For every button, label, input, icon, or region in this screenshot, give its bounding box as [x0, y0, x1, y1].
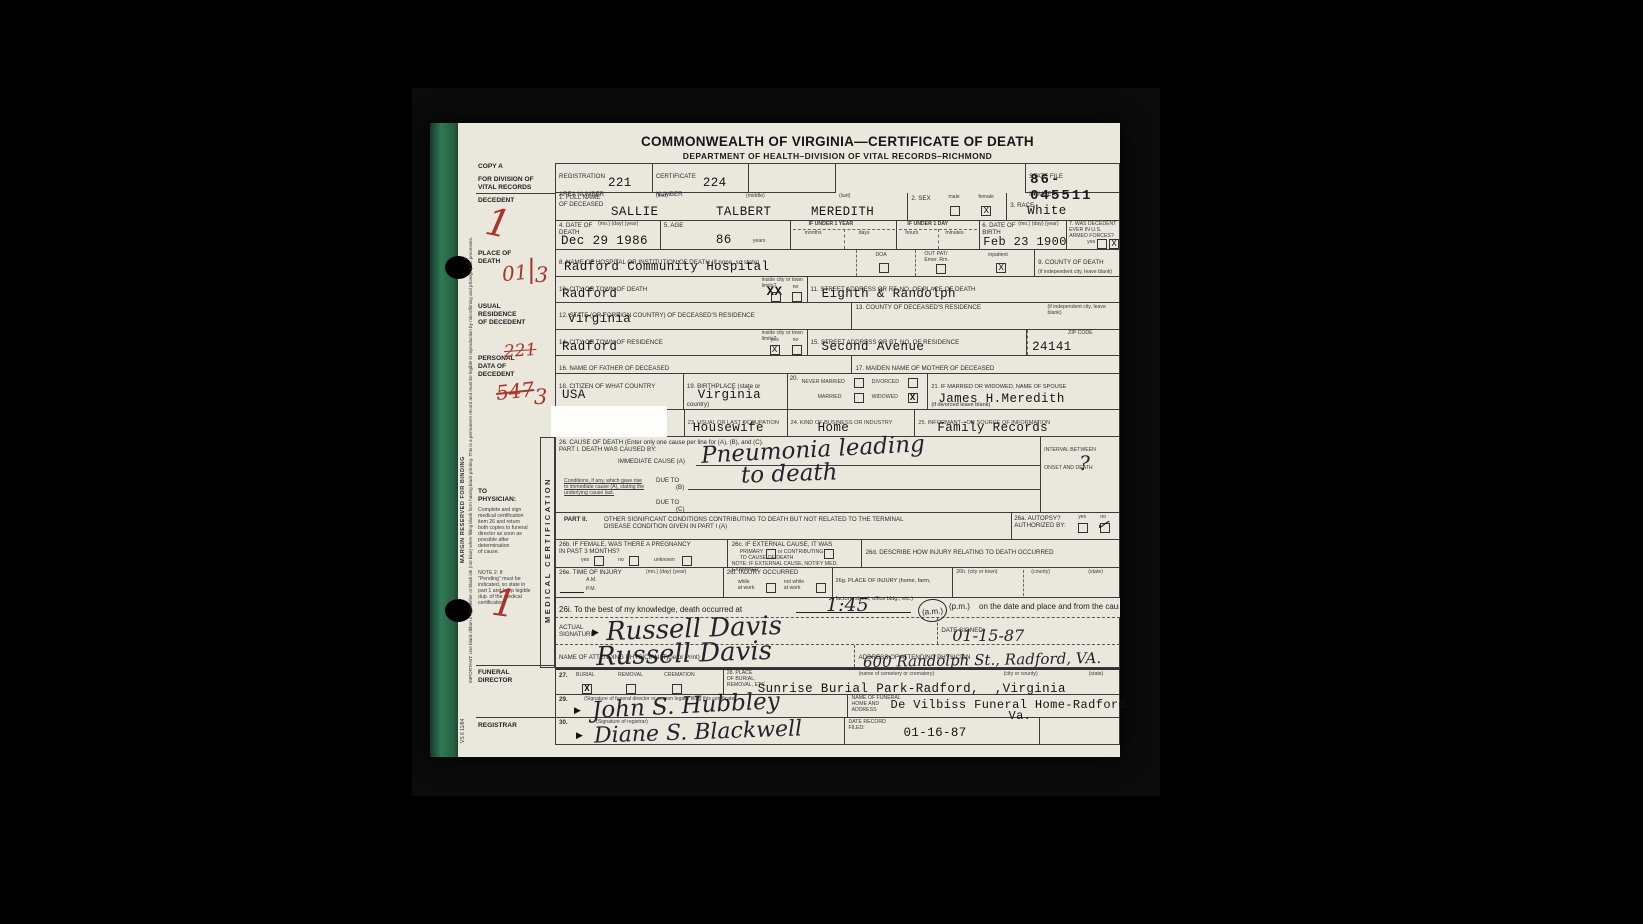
physician-name-handwriting: Russell Davis [596, 636, 773, 672]
county-residence-note: (if independent city, leave blank) [1047, 305, 1119, 317]
form-number: VS 6 11/84 [460, 683, 466, 743]
burial-checkbox: X [582, 684, 592, 694]
armed-forces-cell: 7. WAS DECEDENT EVER IN U.S. ARMED FORCE… [1067, 221, 1120, 249]
while-at-work-checkbox [766, 583, 776, 593]
divider [1023, 570, 1024, 596]
outpatient-label: OUT PAT/ Emer. Rm. [924, 252, 949, 264]
red-annotation-1b: 1 [489, 580, 519, 627]
actual-signature-label: ACTUAL SIGNATURE [559, 624, 595, 639]
pregnancy-yes-sublabel: yes [581, 558, 589, 564]
city-residence-value: Radford [562, 340, 617, 354]
age-value: 86 [716, 233, 732, 247]
binding-strip [430, 123, 458, 757]
zip-value: 24141 [1032, 340, 1072, 354]
mother-name-label: 17. MAIDEN NAME OF MOTHER OF DECEASED [855, 365, 994, 372]
date-filed-value: 01-16-87 [903, 726, 966, 740]
funeral-arrow-icon: ▶ [574, 705, 581, 716]
am-label: A.M. [586, 578, 597, 584]
birthplace-cell: 19. BIRTHPLACE (state or country) Virgin… [684, 374, 788, 409]
divider [793, 229, 895, 230]
cause-b-handwriting: to death [741, 459, 838, 488]
physician-note-1: Complete and sign medical certification … [478, 508, 548, 556]
injury-occurred-cell: 26f. INJURY OCCURRED while at work not w… [724, 568, 833, 597]
doa-checkbox [879, 263, 889, 273]
pregnancy-unknown-checkbox [682, 556, 692, 566]
sex-cell: 2. SEX male female X [908, 193, 1007, 220]
divider [844, 229, 845, 249]
date-signed-cell: DATE SIGNED: 01-15-87 [938, 618, 1120, 644]
injury-occurred-label: 26f. INJURY OCCURRED [727, 569, 799, 576]
outpatient-cell: OUT PAT/ Emer. Rm. [916, 250, 976, 276]
parents-row: 16. NAME OF FATHER OF DECEASED 17. MAIDE… [555, 356, 1120, 374]
cause-line-b [688, 489, 1041, 490]
doa-cell: DOA [857, 250, 916, 276]
physician-row: NAME OF ATTENDING PHYSICIAN (Type or Pri… [555, 645, 1120, 668]
physician-address-cell: ADDRESS OF ATTENDING PHYSICIAN 600 Rando… [855, 645, 1120, 667]
state-residence-value: Virginia [568, 312, 631, 326]
minutes-sublabel: minutes [945, 231, 963, 237]
burial-sublabel: BURIAL [576, 673, 595, 679]
describe-injury-cell: 26d. DESCRIBE HOW INJURY RELATING TO DEA… [862, 540, 1120, 567]
date-of-death-value: Dec 29 1986 [561, 234, 648, 248]
personal-data-row: 18. CITIZEN OF WHAT COUNTRY USA 19. BIRT… [555, 374, 1120, 410]
residence-address-row: 14. CITY OR TOWN OF RESIDENCE Radford in… [555, 330, 1120, 356]
date-of-birth-value: Feb 23 1900 [983, 235, 1067, 249]
full-name-label: 1. FULL NAME OF DECEASED [559, 194, 603, 209]
limits-yes-checkbox [771, 292, 781, 302]
death-time-handwriting: 1:45 [826, 594, 869, 616]
days-sublabel: days [859, 231, 870, 237]
county-residence-label: 13. COUNTY OF DECEASED'S RESIDENCE [855, 304, 981, 311]
divider [938, 229, 939, 249]
death-limits-cell: inside city or town limits? XX no [761, 277, 808, 302]
blank-cell [749, 164, 836, 192]
hospital-row: 8. NAME OF HOSPITAL OR INSTITUTION OF DE… [555, 250, 1120, 277]
county-of-death-label: 9. COUNTY OF DEATH [1038, 259, 1103, 266]
blank-end-cell [1040, 718, 1120, 744]
statement-post-text: on the date and place and from the cause… [979, 602, 1119, 611]
widowed-checkbox: X [908, 393, 918, 403]
cremation-sublabel: CREMATION [664, 673, 695, 679]
date-of-birth-cell: 6. DATE OF BIRTH (mo.) (day) (year) Feb … [980, 221, 1067, 249]
line-b-label: (B) [676, 484, 684, 491]
date-of-birth-sublabel: (mo.) (day) (year) [1018, 222, 1058, 228]
informant-cell: 25. INFORMANT—OR SOURCE OF INFORMATION F… [915, 410, 1120, 436]
informant-value: Family Records [937, 421, 1048, 435]
am-option: (a.m.) [922, 606, 943, 616]
never-married-checkbox [854, 378, 864, 388]
certificate-subtitle: DEPARTMENT OF HEALTH–DIVISION OF VITAL R… [555, 151, 1120, 161]
race-cell: 3. RACE White [1007, 193, 1120, 220]
married-label: MARRIED [818, 395, 842, 401]
spouse-value: James H.Meredith [938, 392, 1064, 406]
pregnancy-unknown-sublabel: unknown [654, 558, 675, 564]
armed-forces-label: 7. WAS DECEDENT EVER IN U.S. ARMED FORCE… [1069, 222, 1116, 240]
age-unit-label: years [753, 239, 766, 245]
date-signed-value: 01-15-87 [952, 626, 1024, 645]
disposition-number-label: 27. [559, 672, 568, 679]
inpatient-cell: inpatient X [976, 250, 1035, 276]
last-name-value: MEREDITH [811, 205, 874, 219]
time-line [560, 592, 584, 593]
residence-limits-cell: inside city or town limits? yes X no [761, 330, 808, 355]
first-name-value: SALLIE [611, 205, 658, 219]
business-value: Home [818, 421, 850, 435]
side-label-funeral-director: FUNERAL DIRECTOR [478, 669, 512, 685]
zip-label: ZIP CODE [1068, 331, 1092, 337]
middle-sublabel: (middle) [746, 194, 765, 200]
birthplace-value: Virginia [698, 388, 761, 402]
death-certificate-document: MARGIN RESERVED FOR BINDING IMPORTANT: U… [430, 123, 1120, 757]
hospital-cell: 8. NAME OF HOSPITAL OR INSTITUTION OF DE… [556, 250, 857, 276]
full-name-cell: 1. FULL NAME OF DECEASED (first) (middle… [556, 193, 908, 220]
under-one-day-cell: IF UNDER 1 DAY hours minutes [897, 221, 980, 249]
division-label: FOR DIVISION OF VITAL RECORDS [478, 176, 534, 192]
side-label-registrar: REGISTRAR [478, 722, 517, 730]
place-of-burial-cell: 28. PLACE OF BURIAL, REMOVAL, ETC. (name… [724, 670, 1120, 694]
street-of-death-cell: 11. STREET ADDRESS OR RT. NO. OF PLACE O… [808, 277, 1120, 302]
pregnancy-external-row: 26b. IF FEMALE, WAS THERE A PREGNANCY IN… [555, 540, 1120, 568]
marital-number-label: 20. [790, 375, 799, 382]
registration-row: REGISTRATION AREA NUMBER 221 CERTIFICATE… [555, 163, 1120, 193]
external-cause-cell: 26c. IF EXTERNAL CAUSE, IT WAS PRIMARY o… [728, 540, 863, 567]
limits-question-label: inside city or town limits? [762, 331, 807, 343]
armed-forces-yes-checkbox [1097, 239, 1107, 249]
street-residence-cell: 15. STREET ADDRESS OR RT. NO. OF RESIDEN… [808, 330, 1028, 355]
registrar-row: 30. (Signature of registrar) ▶ Diane S. … [555, 718, 1120, 745]
not-while-at-work-sublabel: not while at work [784, 580, 804, 592]
age-cell: 5. AGE 86 years [661, 221, 791, 249]
redaction-patch [551, 406, 667, 437]
marital-status-cell: 20. NEVER MARRIED DIVORCED MARRIED WIDOW… [788, 374, 929, 409]
state-residence-cell: 12. STATE (OR FOREIGN COUNTRY) OF DECEAS… [556, 303, 852, 329]
time-of-injury-cell: 26e. TIME OF INJURY (mo.) (day) (year) A… [556, 568, 724, 597]
middle-name-value: TALBERT [716, 205, 771, 219]
mother-name-cell: 17. MAIDEN NAME OF MOTHER OF DECEASED [852, 356, 1120, 373]
county-of-death-note: (if independent city, leave blank) [1038, 270, 1116, 276]
medical-certification-label: MEDICAL CERTIFICATION [543, 438, 552, 663]
citizen-value: USA [562, 388, 586, 402]
limits-yes-checkbox: X [770, 345, 780, 355]
burial-row: 27. BURIAL REMOVAL CREMATION X 28. PLACE… [555, 668, 1120, 695]
inpatient-label: inpatient [988, 253, 1008, 259]
copy-label: COPY A [478, 163, 503, 171]
limits-no-checkbox [792, 292, 802, 302]
under-one-year-cell: IF UNDER 1 YEAR months days [791, 221, 898, 249]
certificate-number-value: 224 [703, 176, 727, 190]
divider [899, 229, 977, 230]
sex-label: 2. SEX [911, 195, 930, 202]
part-two-row: PART II. OTHER SIGNIFICANT CONDITIONS CO… [555, 513, 1120, 540]
red-annotation-221: 221 [503, 340, 537, 362]
gap-cell [836, 164, 1026, 193]
married-checkbox [854, 393, 864, 403]
margin-important-text: IMPORTANT: Use black ribbon in typewrite… [468, 183, 473, 683]
pm-label: P.M. [586, 587, 596, 593]
burial-state-sublabel: (state) [1089, 672, 1104, 678]
contributing-checkbox [824, 549, 834, 559]
sex-male-sublabel: male [948, 195, 959, 201]
race-value: White [1027, 204, 1067, 218]
medical-certification-strip: MEDICAL CERTIFICATION [540, 437, 555, 668]
certificate-form: REGISTRATION AREA NUMBER 221 CERTIFICATE… [555, 163, 1120, 745]
red-annotation-3b: 3 [534, 385, 547, 409]
certificate-title: COMMONWEALTH OF VIRGINIA—CERTIFICATE OF … [555, 134, 1120, 149]
dates-row: 4. DATE OF DEATH (mo.) (day) (year) Dec … [555, 221, 1120, 250]
street-residence-value: Second Avenue [822, 340, 925, 354]
divorced-label: DIVORCED [872, 380, 899, 386]
interval-cell: INTERVAL BETWEEN ONSET AND DEATH ? [1040, 437, 1120, 512]
removal-checkbox [626, 684, 636, 694]
part-one-label: PART I. DEATH WAS CAUSED BY: [559, 446, 657, 453]
doa-label: DOA [875, 253, 886, 259]
date-of-death-sublabel: (mo.) (day) (year) [598, 222, 638, 228]
part-two-text: OTHER SIGNIFICANT CONDITIONS CONTRIBUTIN… [604, 516, 904, 531]
injury-county-sublabel: (county) [1031, 570, 1050, 576]
side-label-to-physician: TO PHYSICIAN: [478, 488, 516, 504]
limits-yes-sublabel: yes [771, 338, 779, 344]
physician-name-cell: NAME OF ATTENDING PHYSICIAN (Type or Pri… [556, 645, 855, 667]
injury-city-sublabel: 26h. (city or town) [956, 570, 997, 576]
screenshot-root: { "header":{ "copy":"COPY A", "division"… [0, 0, 1643, 924]
death-time-statement-cell: 26i. To the best of my knowledge, death … [556, 598, 1120, 617]
registration-area-value: 221 [608, 176, 632, 190]
sex-female-checkbox: X [981, 206, 991, 216]
red-annotation-3a: 3 [535, 263, 548, 287]
signature-arrow-icon: ▶ [592, 627, 599, 638]
burial-city-sublabel: (city or county) [1004, 672, 1038, 678]
occupation-cell: 23. USUAL OR LAST OCCUPATION Housewife [684, 410, 788, 436]
red-annotation-01: 01 [501, 260, 529, 287]
armed-forces-no-checkbox: X [1109, 239, 1119, 249]
age-label: 5. AGE [664, 222, 684, 229]
limits-no-sublabel: no [793, 285, 799, 291]
date-of-death-cell: 4. DATE OF DEATH (mo.) (day) (year) Dec … [556, 221, 661, 249]
father-name-cell: 16. NAME OF FATHER OF DECEASED [556, 356, 852, 373]
armed-forces-yes-sublabel: yes [1087, 240, 1095, 246]
date-filed-cell: DATE RECORD FILED: 01-16-87 [845, 718, 1040, 744]
state-residence-row: 12. STATE (OR FOREIGN COUNTRY) OF DECEAS… [555, 303, 1120, 330]
time-of-injury-sublabel: (mo.) (day) (year) [646, 570, 686, 576]
county-of-death-cell: 9. COUNTY OF DEATH (if independent city,… [1035, 250, 1120, 276]
registration-area-cell: REGISTRATION AREA NUMBER 221 [556, 164, 653, 192]
immediate-cause-label: IMMEDIATE CAUSE (A) [618, 458, 685, 465]
sex-female-sublabel: female [978, 195, 994, 201]
state-file-cell: STATE FILE NUMBER 86-045511 [1025, 164, 1120, 192]
date-filed-label: DATE RECORD FILED: [848, 720, 885, 732]
funeral-home-cell: NAME OF FUNERAL HOME AND ADDRESS De Vilb… [848, 695, 1120, 717]
conditions-note: Conditions, if any, which gave rise to i… [564, 479, 644, 497]
describe-injury-label: 26d. DESCRIBE HOW INJURY RELATING TO DEA… [865, 549, 1053, 556]
removal-sublabel: REMOVAL [618, 673, 643, 679]
registrar-number-label: 30. [559, 719, 568, 726]
time-of-injury-label: 26e. TIME OF INJURY [559, 569, 622, 576]
funeral-signature-cell: 29. (Signature of funeral director or pe… [556, 695, 848, 717]
hospital-value: Radford Community Hospital [564, 260, 769, 274]
cause-of-death-cell: 26. CAUSE OF DEATH (Enter only one cause… [556, 437, 1040, 512]
injury-state-sublabel: (state) [1088, 570, 1103, 576]
divider [476, 193, 555, 194]
disposition-cell: 27. BURIAL REMOVAL CREMATION X [556, 670, 724, 694]
occupation-value: Housewife [693, 421, 764, 435]
last-sublabel: (last) [839, 194, 851, 200]
pm-option: (p.m.) [949, 602, 970, 611]
interval-handwriting: ? [1079, 451, 1090, 475]
street-of-death-value: Eighth & Randolph [822, 287, 956, 301]
certificate-number-cell: CERTIFICATE NUMBER 224 [653, 164, 749, 192]
limits-no-checkbox [792, 345, 802, 355]
external-cause-label: 26c. IF EXTERNAL CAUSE, IT WAS [732, 541, 833, 548]
not-while-at-work-checkbox [816, 583, 826, 593]
first-sublabel: (first) [656, 194, 668, 200]
citizen-cell: 18. CITIZEN OF WHAT COUNTRY USA [556, 374, 684, 409]
never-married-label: NEVER MARRIED [802, 380, 845, 386]
divorced-checkbox [908, 378, 918, 388]
widowed-label: WIDOWED [872, 395, 898, 401]
hours-sublabel: hours [905, 231, 918, 237]
county-residence-cell: 13. COUNTY OF DECEASED'S RESIDENCE (if i… [852, 303, 1120, 329]
pregnancy-label: 26b. IF FEMALE, WAS THERE A PREGNANCY IN… [559, 541, 691, 556]
place-of-burial-value: Sunrise Burial Park-Radford, ,Virginia [758, 682, 1066, 696]
while-at-work-sublabel: while at work [738, 580, 755, 592]
part-two-cell: PART II. OTHER SIGNIFICANT CONDITIONS CO… [556, 513, 1012, 539]
injury-location-cell: 26h. (city or town) (county) (state) [953, 568, 1120, 597]
sex-male-checkbox [950, 206, 960, 216]
pregnancy-cell: 26b. IF FEMALE, WAS THERE A PREGNANCY IN… [556, 540, 728, 567]
cause-of-death-block: 26. CAUSE OF DEATH (Enter only one cause… [555, 437, 1120, 513]
red-annotation-547: 547 [495, 377, 535, 405]
autopsy-cell: 26a. AUTOPSY? AUTHORIZED BY: yes no ✓ [1012, 513, 1120, 539]
pregnancy-no-sublabel: no [618, 558, 624, 564]
autopsy-yes-sublabel: yes [1078, 515, 1086, 521]
part-two-label: PART II. [564, 516, 587, 523]
inpatient-checkbox: X [996, 263, 1006, 273]
zip-cell: ZIP CODE 24141 [1027, 330, 1120, 355]
registrar-signature-cell: 30. (Signature of registrar) ▶ Diane S. … [556, 718, 845, 744]
autopsy-yes-checkbox [1078, 523, 1088, 533]
divider [476, 717, 555, 718]
funeral-number-label: 29. [559, 696, 568, 703]
father-name-label: 16. NAME OF FATHER OF DECEASED [559, 365, 669, 372]
pregnancy-no-checkbox [629, 556, 639, 566]
city-of-death-value: Radford [562, 287, 617, 301]
margin-binding-text: MARGIN RESERVED FOR BINDING [460, 303, 466, 563]
place-of-injury-cell: 26g. PLACE OF INJURY (home, farm, factor… [833, 568, 954, 597]
months-sublabel: months [805, 231, 822, 237]
autopsy-label: 26a. AUTOPSY? AUTHORIZED BY: [1014, 515, 1066, 530]
place-of-death-row: 10. CITY OR TOWN OF DEATH Radford inside… [555, 277, 1120, 303]
city-residence-cell: 14. CITY OR TOWN OF RESIDENCE Radford [556, 330, 761, 355]
red-annotation-1: 1 [482, 199, 515, 247]
cemetery-sublabel: (name of cemetery or crematory) [859, 672, 935, 678]
full-name-row: 1. FULL NAME OF DECEASED (first) (middle… [555, 193, 1120, 221]
registrar-arrow-icon: ▶ [576, 730, 583, 741]
funeral-director-row: 29. (Signature of funeral director or pe… [555, 695, 1120, 718]
limits-no-sublabel: no [793, 338, 799, 344]
pregnancy-yes-checkbox [594, 556, 604, 566]
under-one-day-label: IF UNDER 1 DAY [907, 222, 948, 228]
outpatient-checkbox [936, 264, 946, 274]
under-one-year-label: IF UNDER 1 YEAR [809, 222, 854, 228]
city-of-death-cell: 10. CITY OR TOWN OF DEATH Radford [556, 277, 761, 302]
spouse-cell: 21. IF MARRIED OR WIDOWED, NAME OF SPOUS… [928, 374, 1120, 409]
side-label-usual-residence: USUAL RESIDENCE OF DECEDENT [478, 303, 525, 328]
